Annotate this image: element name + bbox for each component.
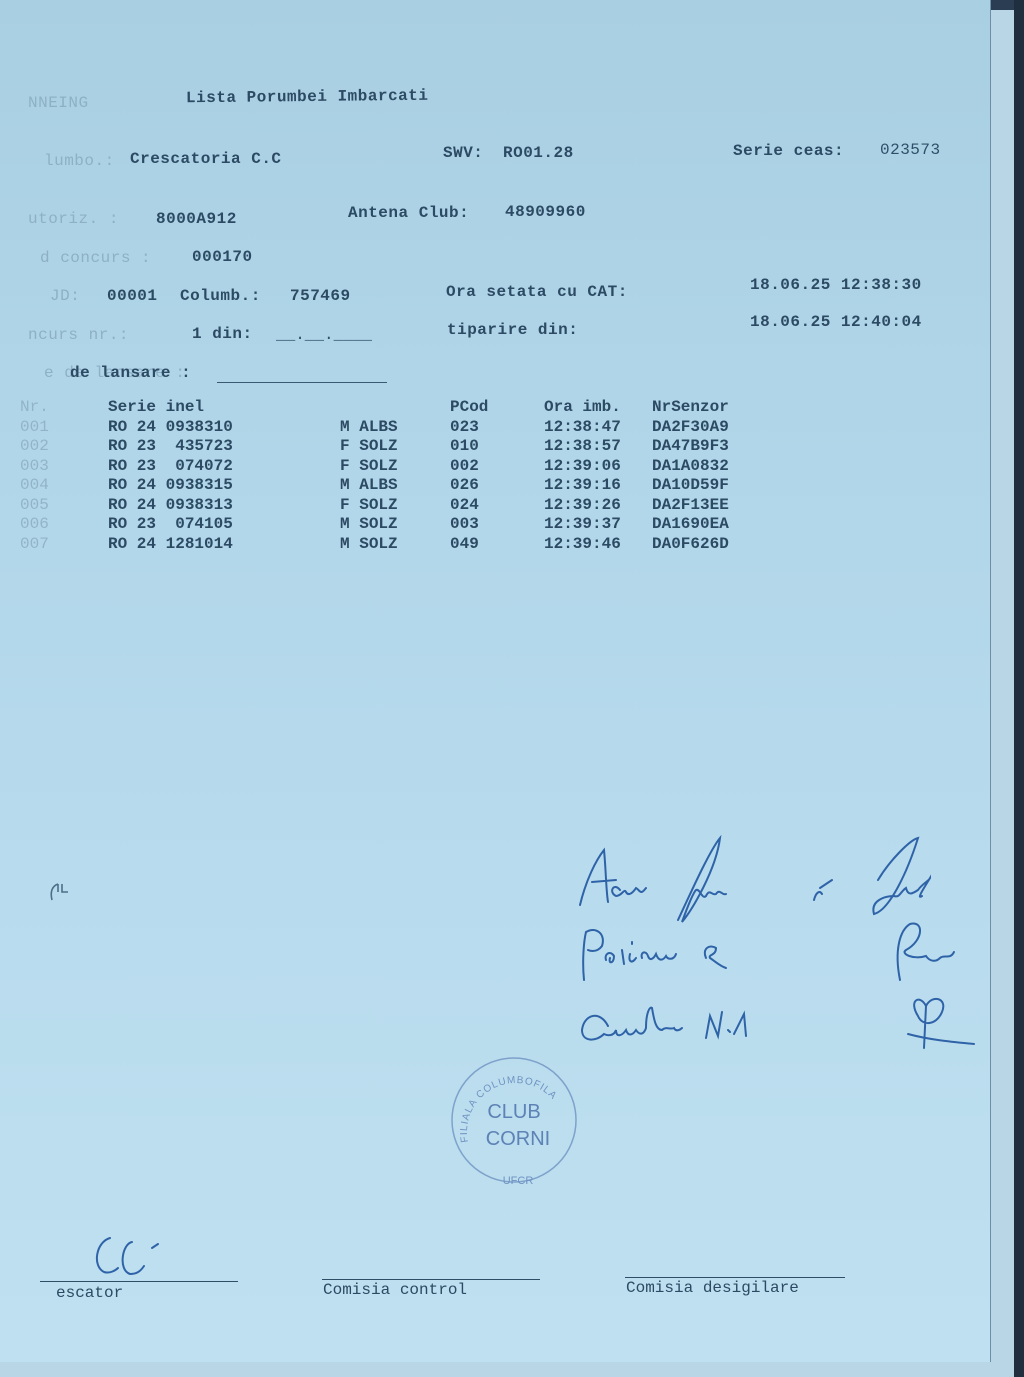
- header-ora: Ora imb.: [544, 398, 652, 418]
- row-color: ALBS: [359, 476, 397, 494]
- row-senzor: DA1690EA: [652, 515, 729, 535]
- row-serie: RO 23 435723: [108, 437, 340, 457]
- antena-club-value: 48909960: [505, 203, 586, 221]
- pigeons-table: Nr. Serie inel PCod Ora imb. NrSenzor 00…: [20, 398, 729, 554]
- row-serie: RO 24 0938313: [108, 496, 340, 516]
- crescator-initials-signature: [88, 1226, 168, 1282]
- row-nr: 003: [20, 457, 108, 477]
- row-senzor: DA10D59F: [652, 476, 729, 496]
- row-serie: RO 23 074072: [108, 457, 340, 477]
- row-ora: 12:38:57: [544, 437, 652, 457]
- row-sex-color: M SOLZ: [340, 515, 450, 535]
- swv-value: RO01.28: [503, 144, 574, 162]
- row-sex: M: [340, 535, 350, 553]
- swv-label: SWV:: [443, 144, 483, 162]
- cod-concurs-value: 000170: [192, 248, 253, 266]
- row-sex: M: [340, 515, 350, 533]
- row-pcod: 023: [450, 418, 544, 438]
- row-sex: M: [340, 476, 350, 494]
- autoriz-label: utoriz. :: [28, 210, 119, 228]
- autoriz-value: 8000A912: [156, 210, 237, 228]
- row-sex: F: [340, 457, 350, 475]
- row-nr: 002: [20, 437, 108, 457]
- row-pcod: 049: [450, 535, 544, 555]
- header-nr: Nr.: [20, 398, 108, 418]
- row-senzor: DA2F13EE: [652, 496, 729, 516]
- row-sex-color: F SOLZ: [340, 496, 450, 516]
- row-nr: 004: [20, 476, 108, 496]
- row-serie: RO 23 074105: [108, 515, 340, 535]
- table-row: 006 RO 23 074105 M SOLZ 003 12:39:37 DA1…: [20, 515, 729, 535]
- row-senzor: DA0F626D: [652, 535, 729, 555]
- row-senzor: DA47B9F3: [652, 437, 729, 457]
- club-stamp: FILIALA COLUMBOFILA CLUB CORNI UFCR: [446, 1052, 582, 1188]
- table-header-row: Nr. Serie inel PCod Ora imb. NrSenzor: [20, 398, 729, 418]
- row-ora: 12:39:37: [544, 515, 652, 535]
- row-color: SOLZ: [359, 437, 397, 455]
- row-serie: RO 24 1281014: [108, 535, 340, 555]
- paper-mark-icon: [44, 878, 78, 908]
- row-color: SOLZ: [359, 457, 397, 475]
- comisia-desigilare-label: Comisia desigilare: [626, 1279, 799, 1297]
- row-pcod: 010: [450, 437, 544, 457]
- ora-setata-label: Ora setata cu CAT:: [446, 283, 628, 301]
- row-pcod: 002: [450, 457, 544, 477]
- header-sex: [340, 398, 450, 418]
- table-surface-edge: [1014, 0, 1024, 1377]
- id-value: 00001: [107, 287, 158, 305]
- antena-club-label: Antena Club:: [348, 204, 469, 222]
- table-row: 004 RO 24 0938315 M ALBS 026 12:39:16 DA…: [20, 476, 729, 496]
- loc-lansare-blank-line: [217, 364, 387, 383]
- row-sex: F: [340, 437, 350, 455]
- row-sex-color: F SOLZ: [340, 457, 450, 477]
- table-row: 002 RO 23 435723 F SOLZ 010 12:38:57 DA4…: [20, 437, 729, 457]
- table-row: 001 RO 24 0938310 M ALBS 023 12:38:47 DA…: [20, 418, 729, 438]
- document-page: NNEING Lista Porumbei Imbarcati lumbo.: …: [0, 0, 991, 1362]
- row-ora: 12:39:16: [544, 476, 652, 496]
- header-senzor: NrSenzor: [652, 398, 729, 418]
- table-row: 007 RO 24 1281014 M SOLZ 049 12:39:46 DA…: [20, 535, 729, 555]
- columb-label: Columb.:: [180, 287, 261, 305]
- row-pcod: 024: [450, 496, 544, 516]
- comisia-control-line: [322, 1279, 540, 1280]
- stamp-line2: CORNI: [486, 1128, 550, 1150]
- row-nr: 001: [20, 418, 108, 438]
- concurs-nr-value: 1 din:: [192, 325, 253, 343]
- row-sex-color: F SOLZ: [340, 437, 450, 457]
- stamp-bottom: UFCR: [503, 1175, 534, 1187]
- row-ora: 12:39:26: [544, 496, 652, 516]
- row-nr: 007: [20, 535, 108, 555]
- columbofil-value: Crescatoria C.C: [130, 150, 282, 168]
- row-serie: RO 24 0938315: [108, 476, 340, 496]
- header-serie: Serie inel: [108, 398, 340, 418]
- row-sex-color: M SOLZ: [340, 535, 450, 555]
- table-row: 003 RO 23 074072 F SOLZ 002 12:39:06 DA1…: [20, 457, 729, 477]
- row-color: SOLZ: [359, 515, 397, 533]
- concurs-nr-label: ncurs nr.:: [28, 326, 129, 344]
- loc-lansare-label-visible: de lansare :: [70, 364, 191, 382]
- comisia-control-label: Comisia control: [323, 1281, 467, 1299]
- cod-concurs-label: d concurs :: [40, 249, 151, 267]
- row-color: ALBS: [359, 418, 397, 436]
- row-serie: RO 24 0938310: [108, 418, 340, 438]
- row-pcod: 026: [450, 476, 544, 496]
- row-senzor: DA2F30A9: [652, 418, 729, 438]
- row-ora: 12:38:47: [544, 418, 652, 438]
- header-pcod: PCod: [450, 398, 544, 418]
- row-sex-color: M ALBS: [340, 476, 450, 496]
- ora-setata-value: 18.06.25 12:38:30: [750, 276, 922, 294]
- crescator-signature-line: [40, 1281, 238, 1282]
- row-sex-color: M ALBS: [340, 418, 450, 438]
- row-pcod: 003: [450, 515, 544, 535]
- table-row: 005 RO 24 0938313 F SOLZ 024 12:39:26 DA…: [20, 496, 729, 516]
- columb-value: 757469: [290, 287, 351, 305]
- row-sex: M: [340, 418, 350, 436]
- row-sex: F: [340, 496, 350, 514]
- tiparire-value: 18.06.25 12:40:04: [750, 313, 922, 331]
- columbofil-label: lumbo.:: [44, 152, 115, 170]
- row-nr: 006: [20, 515, 108, 535]
- crescator-label: escator: [56, 1284, 123, 1302]
- row-senzor: DA1A0832: [652, 457, 729, 477]
- document-title: Lista Porumbei Imbarcati: [186, 87, 429, 108]
- header-left-label: NNEING: [28, 94, 89, 112]
- row-color: SOLZ: [359, 496, 397, 514]
- serie-ceas-label: Serie ceas:: [733, 142, 844, 160]
- comisia-desigilare-line: [625, 1277, 845, 1278]
- row-ora: 12:39:06: [544, 457, 652, 477]
- concurs-date-blank: __.__.____: [276, 326, 372, 344]
- serie-ceas-value: 023573: [880, 141, 941, 159]
- id-label: JD:: [50, 287, 80, 305]
- handwritten-signatures: [570, 830, 1000, 1070]
- row-ora: 12:39:46: [544, 535, 652, 555]
- stamp-line1: CLUB: [487, 1101, 540, 1123]
- row-nr: 005: [20, 496, 108, 516]
- row-color: SOLZ: [359, 535, 397, 553]
- tiparire-label: tiparire din:: [447, 321, 578, 339]
